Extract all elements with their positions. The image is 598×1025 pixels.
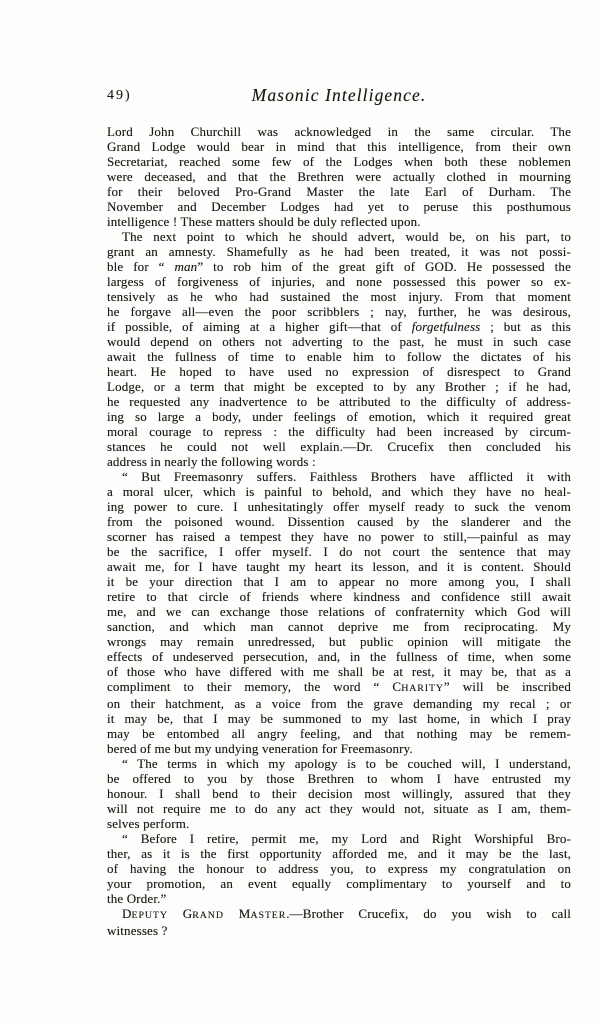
text-line: me, and we can exchange those relations … bbox=[107, 604, 571, 619]
text-line: compliment to their memory, the word “ C… bbox=[107, 679, 571, 696]
text-line: effects of undeserved persecution, and, … bbox=[107, 649, 571, 664]
text-line: the Order.” bbox=[107, 891, 571, 906]
text-line: address in nearly the following words : bbox=[107, 454, 571, 469]
text-line: The next point to which he should advert… bbox=[107, 229, 571, 244]
text-line: Secretariat, reached some few of the Lod… bbox=[107, 154, 571, 169]
text-line: await the fullness of time to enable him… bbox=[107, 349, 571, 364]
paragraph: “ But Freemasonry suffers. Faithless Bro… bbox=[107, 469, 571, 756]
text-line: honour. I shall bend to their decision m… bbox=[107, 786, 571, 801]
text-line: “ But Freemasonry suffers. Faithless Bro… bbox=[107, 469, 571, 484]
text-line: a moral ulcer, which is painful to behol… bbox=[107, 484, 571, 499]
page-header: 49) Masonic Intelligence. bbox=[107, 85, 571, 107]
text-line: heart. He hoped to have used no expressi… bbox=[107, 364, 571, 379]
text-line: selves perform. bbox=[107, 816, 571, 831]
paragraph: “ Before I retire, permit me, my Lord an… bbox=[107, 831, 571, 906]
text-line: from the poisoned wound. Dissention caus… bbox=[107, 514, 571, 529]
text-line: ther, as it is the first opportunity aff… bbox=[107, 846, 571, 861]
text-line: for their beloved Pro-Grand Master the l… bbox=[107, 184, 571, 199]
text-line: tensively as he who had sustained the mo… bbox=[107, 289, 571, 304]
text-line: witnesses ? bbox=[107, 923, 571, 938]
text-line: moral courage to repress : the difficult… bbox=[107, 424, 571, 439]
text-line: may be entombed all angry feeling, and t… bbox=[107, 726, 571, 741]
text-line: “ The terms in which my apology is to be… bbox=[107, 756, 571, 771]
text-line: ble for “ man” to rob him of the great g… bbox=[107, 259, 571, 274]
text-line: Grand Lodge would bear in mind that this… bbox=[107, 139, 571, 154]
page-number: 49) bbox=[107, 88, 132, 104]
text-line: ing so large a body, under feelings of e… bbox=[107, 409, 571, 424]
text-line: grant an amnesty. Shamefully as he had b… bbox=[107, 244, 571, 259]
text-line: Lodge, or a term that might be excepted … bbox=[107, 379, 571, 394]
text-line: will not require me to do any act they w… bbox=[107, 801, 571, 816]
text-line: he forgave all—even the poor scribblers … bbox=[107, 304, 571, 319]
text-line: intelligence ! These matters should be d… bbox=[107, 214, 571, 229]
text-line: he requested any inadvertence to be attr… bbox=[107, 394, 571, 409]
text-line: it may be, that I may be summoned to my … bbox=[107, 711, 571, 726]
text-line: November and December Lodges had yet to … bbox=[107, 199, 571, 214]
text-line: bered of me but my undying veneration fo… bbox=[107, 741, 571, 756]
text-line: your promotion, an event equally complim… bbox=[107, 876, 571, 891]
text-line: would depend on others not adverting to … bbox=[107, 334, 571, 349]
text-line: stances he could not well explain.—Dr. C… bbox=[107, 439, 571, 454]
text-line: if possible, of aiming at a higher gift—… bbox=[107, 319, 571, 334]
text-line: DEPUTY GRAND MASTER.—Brother Crucefix, d… bbox=[107, 906, 571, 923]
text-line: ing power to cure. I unhesitatingly offe… bbox=[107, 499, 571, 514]
text-line: be the sacrifice, I offer myself. I do n… bbox=[107, 544, 571, 559]
text-line: scorner has raised a tempest they have n… bbox=[107, 529, 571, 544]
text-line: it be your direction that I am to appear… bbox=[107, 574, 571, 589]
page-body: Lord John Churchill was acknowledged in … bbox=[107, 124, 571, 938]
text-line: largess of forgiveness of injuries, and … bbox=[107, 274, 571, 289]
text-line: of those who have differed with me shall… bbox=[107, 664, 571, 679]
text-line: of having the honour to address you, to … bbox=[107, 861, 571, 876]
text-line: were deceased, and that the Brethren wer… bbox=[107, 169, 571, 184]
text-line: Lord John Churchill was acknowledged in … bbox=[107, 124, 571, 139]
text-line: sanction, and which man cannot deprive m… bbox=[107, 619, 571, 634]
text-line: on their hatchment, as a voice from the … bbox=[107, 696, 571, 711]
text-line: wrongs may remain unredressed, but publi… bbox=[107, 634, 571, 649]
text-line: be offered to you by those Brethren to w… bbox=[107, 771, 571, 786]
paragraph: The next point to which he should advert… bbox=[107, 229, 571, 469]
paragraph: “ The terms in which my apology is to be… bbox=[107, 756, 571, 831]
scanned-page: 49) Masonic Intelligence. Lord John Chur… bbox=[0, 0, 598, 1025]
text-line: “ Before I retire, permit me, my Lord an… bbox=[107, 831, 571, 846]
text-line: retire to that circle of friends where k… bbox=[107, 589, 571, 604]
text-line: await me, for I have taught my heart its… bbox=[107, 559, 571, 574]
paragraph: Lord John Churchill was acknowledged in … bbox=[107, 124, 571, 229]
running-title: Masonic Intelligence. bbox=[107, 85, 571, 106]
paragraph: DEPUTY GRAND MASTER.—Brother Crucefix, d… bbox=[107, 906, 571, 938]
